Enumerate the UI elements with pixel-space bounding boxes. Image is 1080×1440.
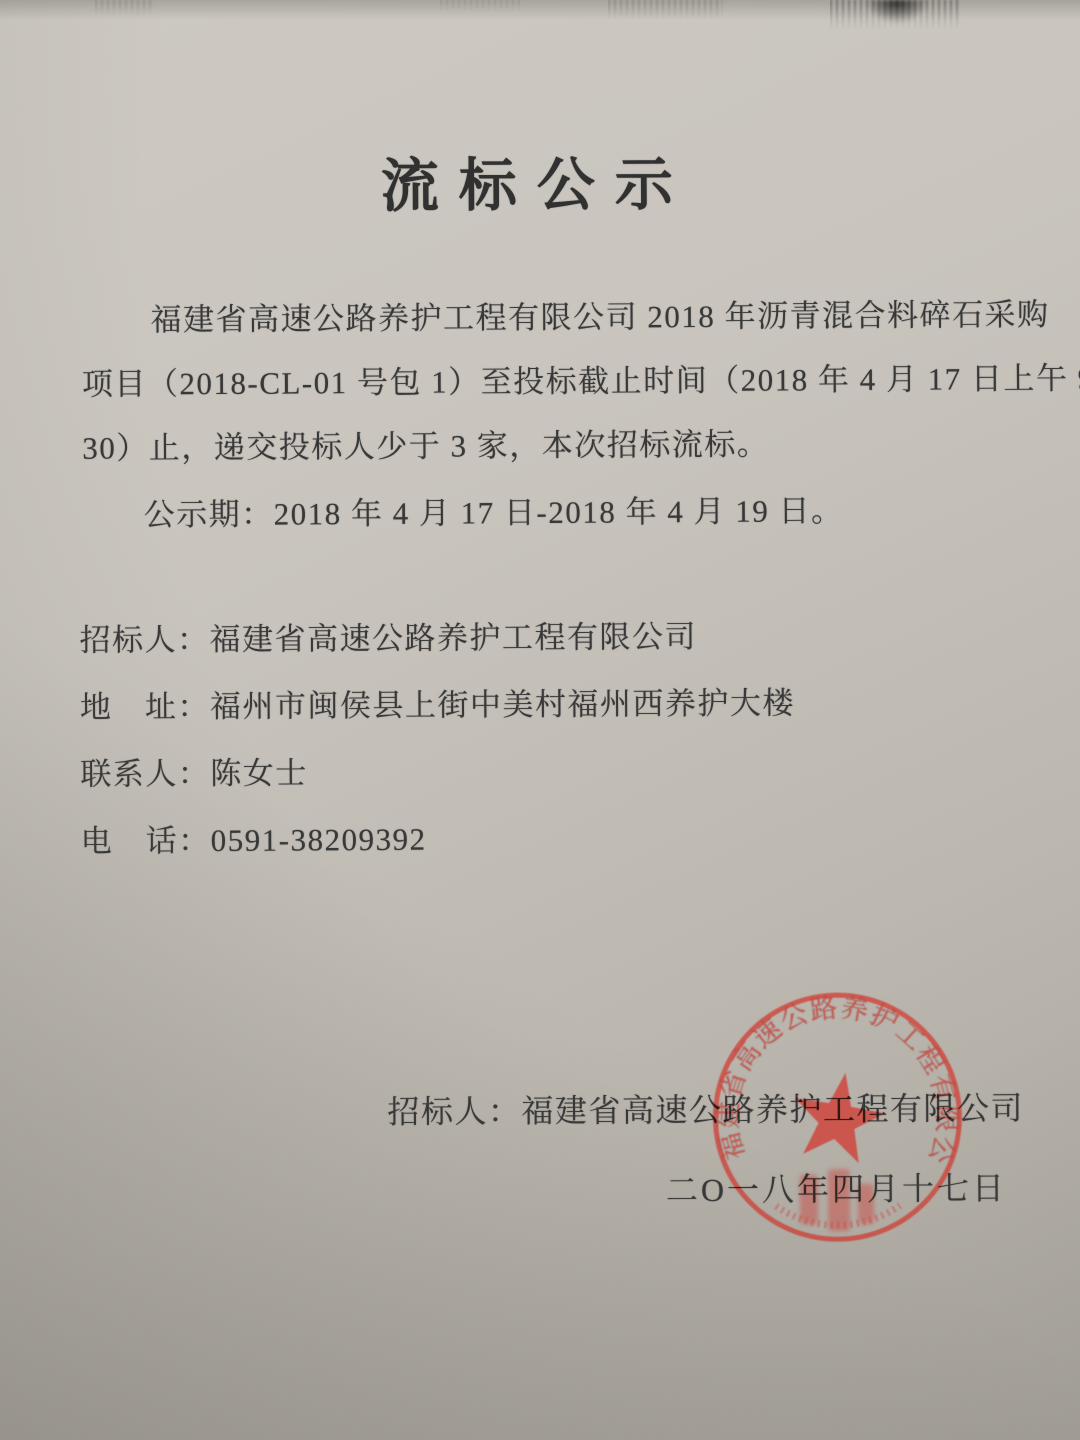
announcement-document: 流标公示 福建省高速公路养护工程有限公司 2018 年沥青混合料碎石采购 项目（…: [0, 0, 1080, 1440]
svg-text:福建省高速公路养护工程有限公司: 福建省高速公路养护工程有限公司: [699, 978, 962, 1170]
signature-label: 招标人：: [387, 1093, 521, 1130]
company-seal: 福建省高速公路养护工程有限公司: [699, 978, 977, 1256]
body-line-1: 福建省高速公路养护工程有限公司 2018 年沥青混合料碎石采购: [150, 289, 1049, 339]
publicity-period-line: 公示期：2018 年 4 月 17 日-2018 年 4 月 19 日。: [144, 485, 844, 534]
contact-label: 联系人：: [80, 756, 210, 792]
contact-value: 0591-38209392: [211, 822, 427, 858]
seal-star-icon: [786, 1065, 891, 1166]
contact-row-person: 联系人：陈女士: [80, 747, 308, 793]
contact-value: 福州市闽侯县上街中美村福州西养护大楼: [210, 685, 795, 724]
contact-label: 电 话：: [81, 823, 211, 859]
seal-company-arc-text: 福建省高速公路养护工程有限公司: [699, 978, 962, 1170]
document-title: 流标公示: [0, 135, 1077, 226]
document-photo: 流标公示 福建省高速公路养护工程有限公司 2018 年沥青混合料碎石采购 项目（…: [0, 0, 1080, 1440]
contact-row-tenderer: 招标人：福建省高速公路养护工程有限公司: [79, 611, 697, 660]
contact-value: 福建省高速公路养护工程有限公司: [209, 619, 697, 657]
contact-label: 地 址：: [80, 689, 210, 725]
contact-value: 陈女士: [210, 755, 308, 791]
body-line-3: 30）止，递交投标人少于 3 家，本次招标流标。: [82, 419, 769, 468]
contact-label: 招标人：: [79, 622, 209, 658]
contact-row-address: 地 址：福州市闽侯县上街中美村福州西养护大楼: [80, 677, 795, 726]
body-line-2: 项目（2018-CL-01 号包 1）至投标截止时间（2018 年 4 月 17…: [82, 353, 1080, 404]
contact-row-phone: 电 话：0591-38209392: [81, 814, 427, 861]
